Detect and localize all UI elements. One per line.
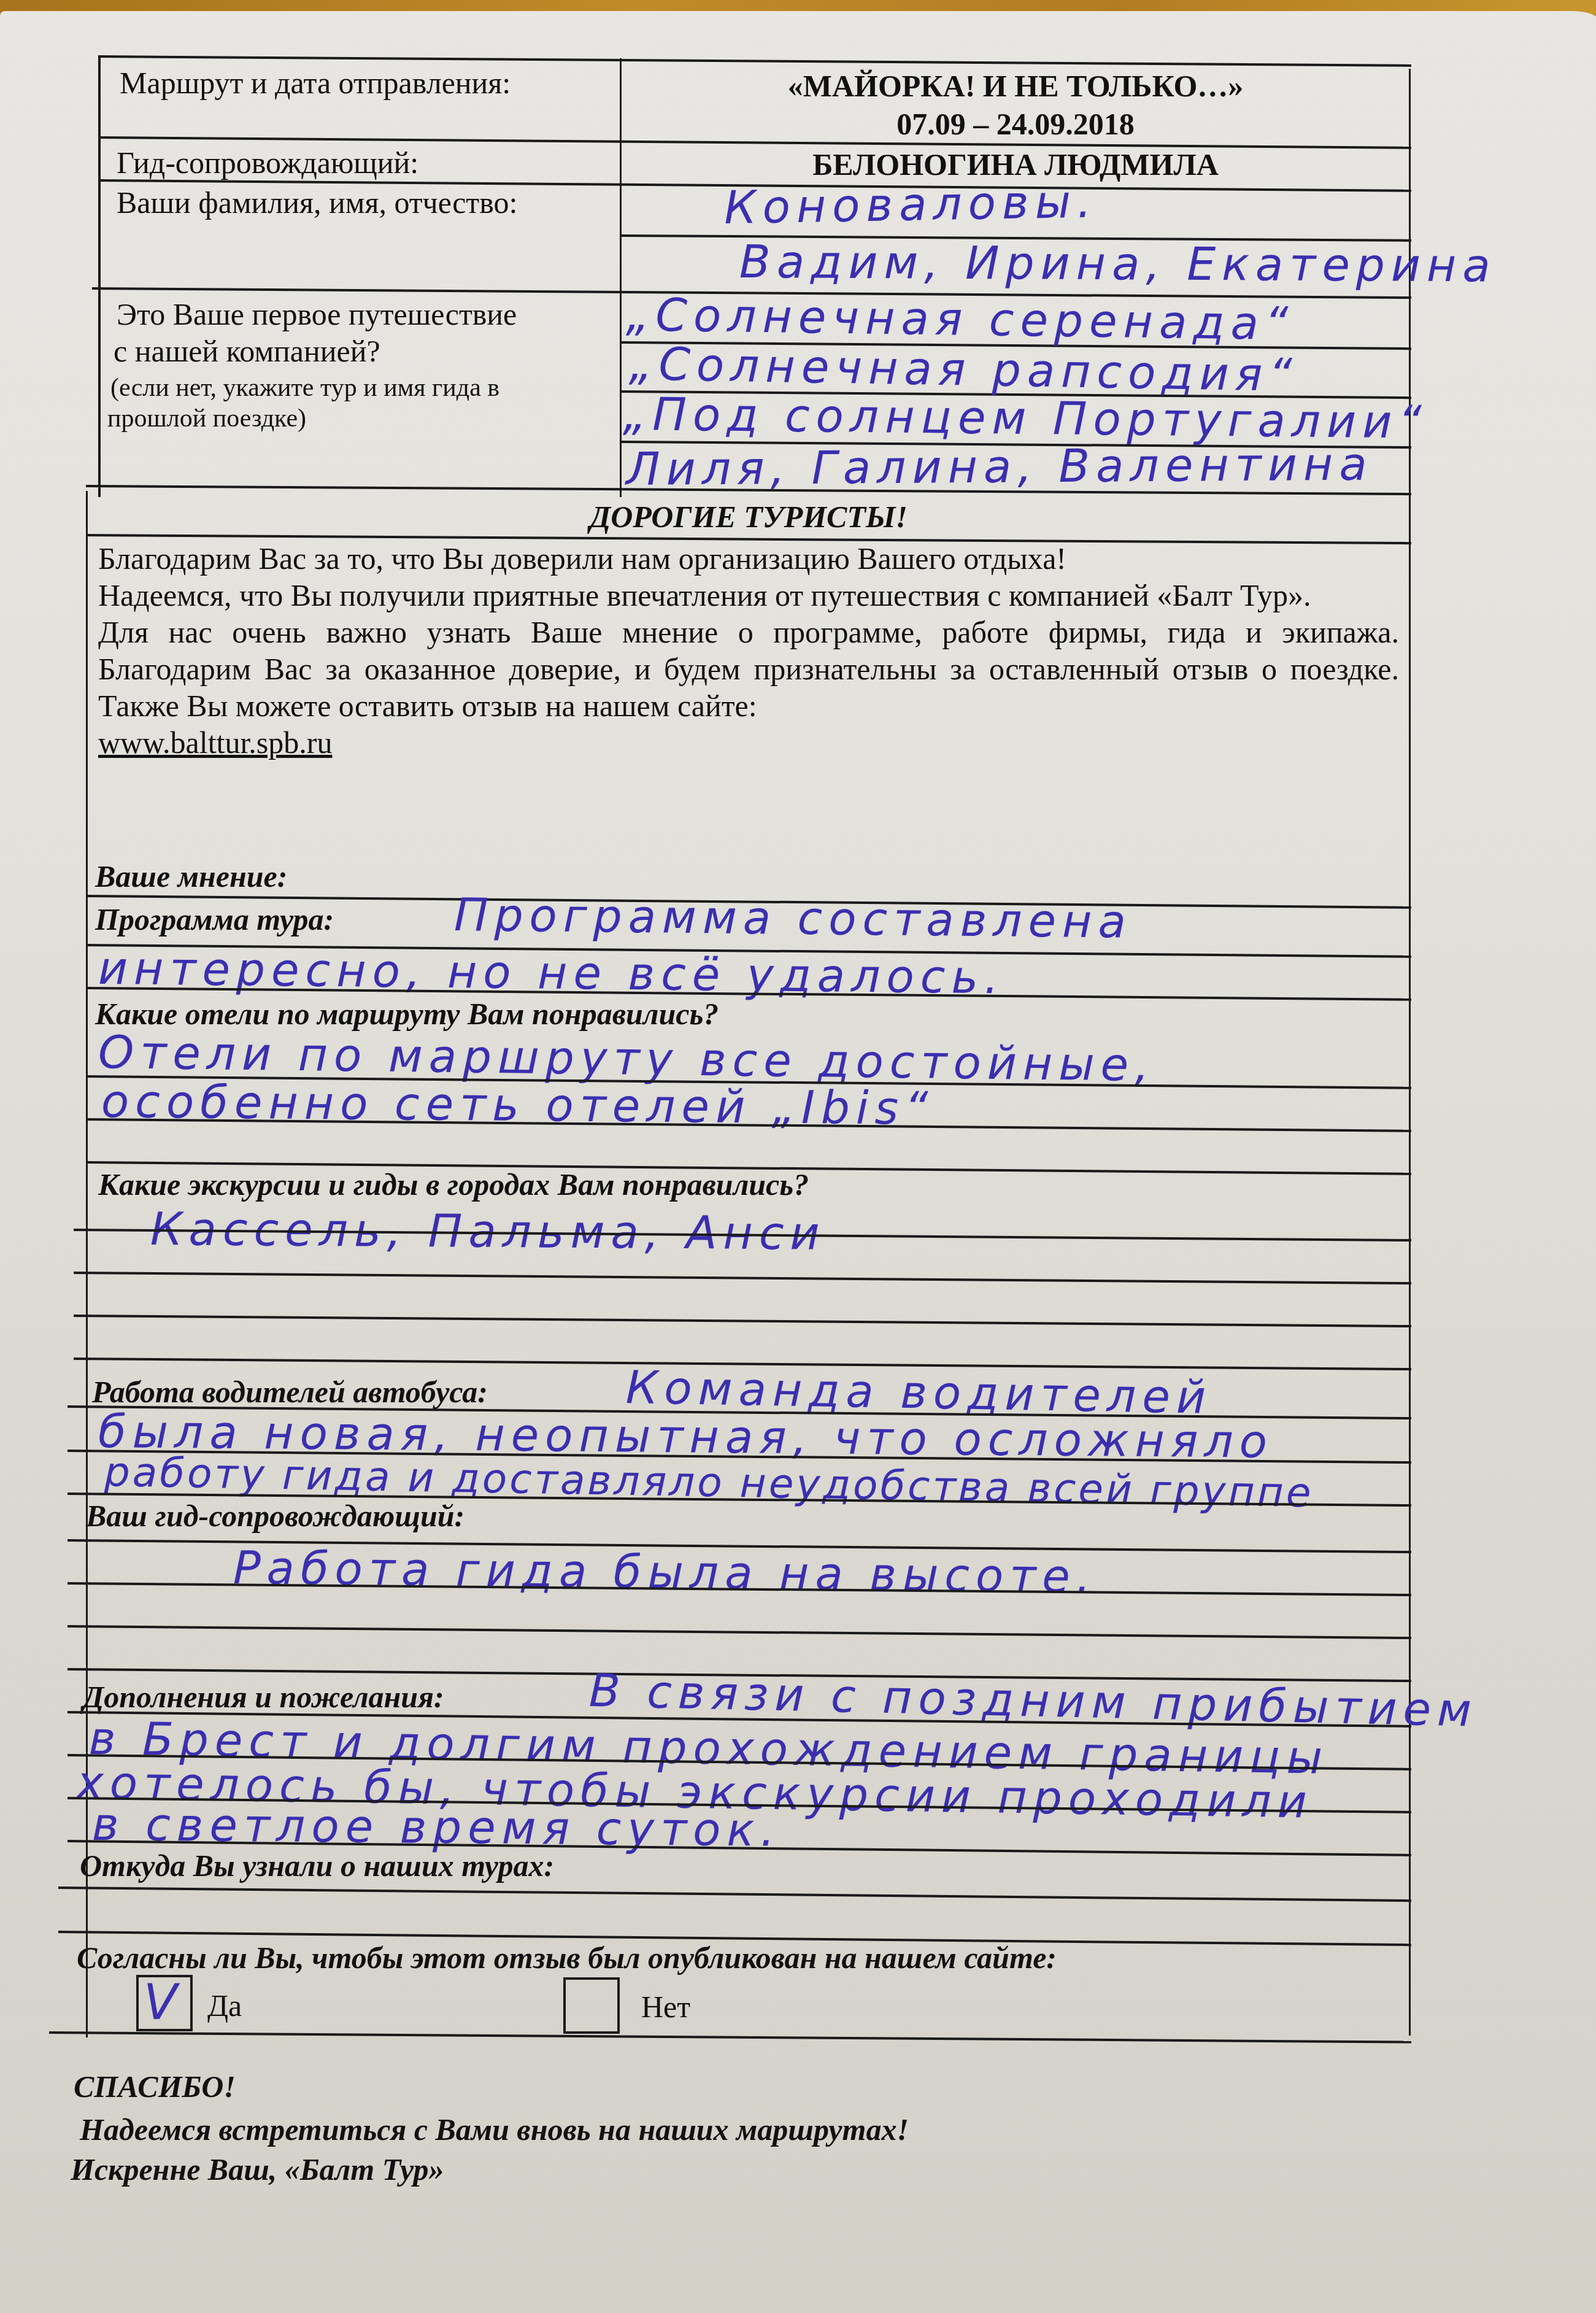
program-answer-1[interactable]: Программа составлена <box>454 889 1133 949</box>
intro-paragraph: Благодарим Вас за то, что Вы доверили на… <box>98 540 1399 761</box>
wishes-label: Дополнения и пожелания: <box>83 1678 444 1715</box>
publish-label: Согласны ли Вы, чтобы этот отзыв был опу… <box>77 1939 1057 1976</box>
first-trip-hint-2: прошлой поездке) <box>107 403 306 435</box>
excursions-label: Какие экскурсии и гиды в городах Вам пон… <box>98 1166 809 1203</box>
previous-guides: Лиля, Галина, Валентина <box>626 438 1373 496</box>
guide-answer-1[interactable]: Работа гида была на высоте. <box>233 1542 1097 1604</box>
intro-heading: ДОРОГИЕ ТУРИСТЫ! <box>86 498 1411 535</box>
closing-signature: Искренне Ваш, «Балт Тур» <box>71 2151 444 2188</box>
guide-label: Гид-сопровождающий: <box>117 144 418 181</box>
table-divider <box>620 58 622 497</box>
first-names-handwritten: Вадим, Ирина, Екатерина <box>739 236 1497 292</box>
feedback-section-label: Ваше мнение: <box>95 858 287 895</box>
surname-handwritten: Коноваловы. <box>723 175 1098 234</box>
route-title: «МАЙОРКА! И НЕ ТОЛЬКО…» <box>623 68 1408 104</box>
intro-line-3: Для нас очень важно узнать Ваше мнение о… <box>98 614 1399 724</box>
route-dates: 07.09 – 24.09.2018 <box>623 106 1408 142</box>
publish-no-checkbox[interactable] <box>563 1977 620 2034</box>
closing-thanks: СПАСИБО! <box>74 2068 236 2105</box>
checkmark-icon: V <box>144 1974 177 2031</box>
website-link[interactable]: www.balttur.spb.ru <box>98 724 1399 761</box>
first-trip-label-1: Это Ваше первое путешествие <box>117 296 517 333</box>
closing-hope: Надеемся встретиться с Вами вновь на наш… <box>80 2111 909 2148</box>
program-label: Программа тура: <box>95 901 334 938</box>
table-border-left <box>98 55 101 497</box>
first-trip-label-2: с нашей компанией? <box>114 333 380 369</box>
publish-yes-label: Да <box>207 1987 242 2024</box>
name-label: Ваши фамилия, имя, отчество: <box>117 184 517 221</box>
source-label: Откуда Вы узнали о наших турах: <box>80 1847 554 1884</box>
guide-feedback-label: Ваш гид-сопровождающий: <box>86 1497 465 1534</box>
route-label: Маршрут и дата отправления: <box>120 64 511 101</box>
intro-line-2: Надеемся, что Вы получили приятные впеча… <box>98 577 1399 614</box>
first-trip-hint-1: (если нет, укажите тур и имя гида в <box>110 372 499 404</box>
table-border-right <box>1409 69 1411 2036</box>
publish-no-label: Нет <box>641 1988 690 2025</box>
publish-yes-checkbox[interactable]: V <box>136 1975 193 2031</box>
intro-line-1: Благодарим Вас за то, что Вы доверили на… <box>98 540 1399 577</box>
drivers-label: Работа водителей автобуса: <box>92 1373 488 1410</box>
